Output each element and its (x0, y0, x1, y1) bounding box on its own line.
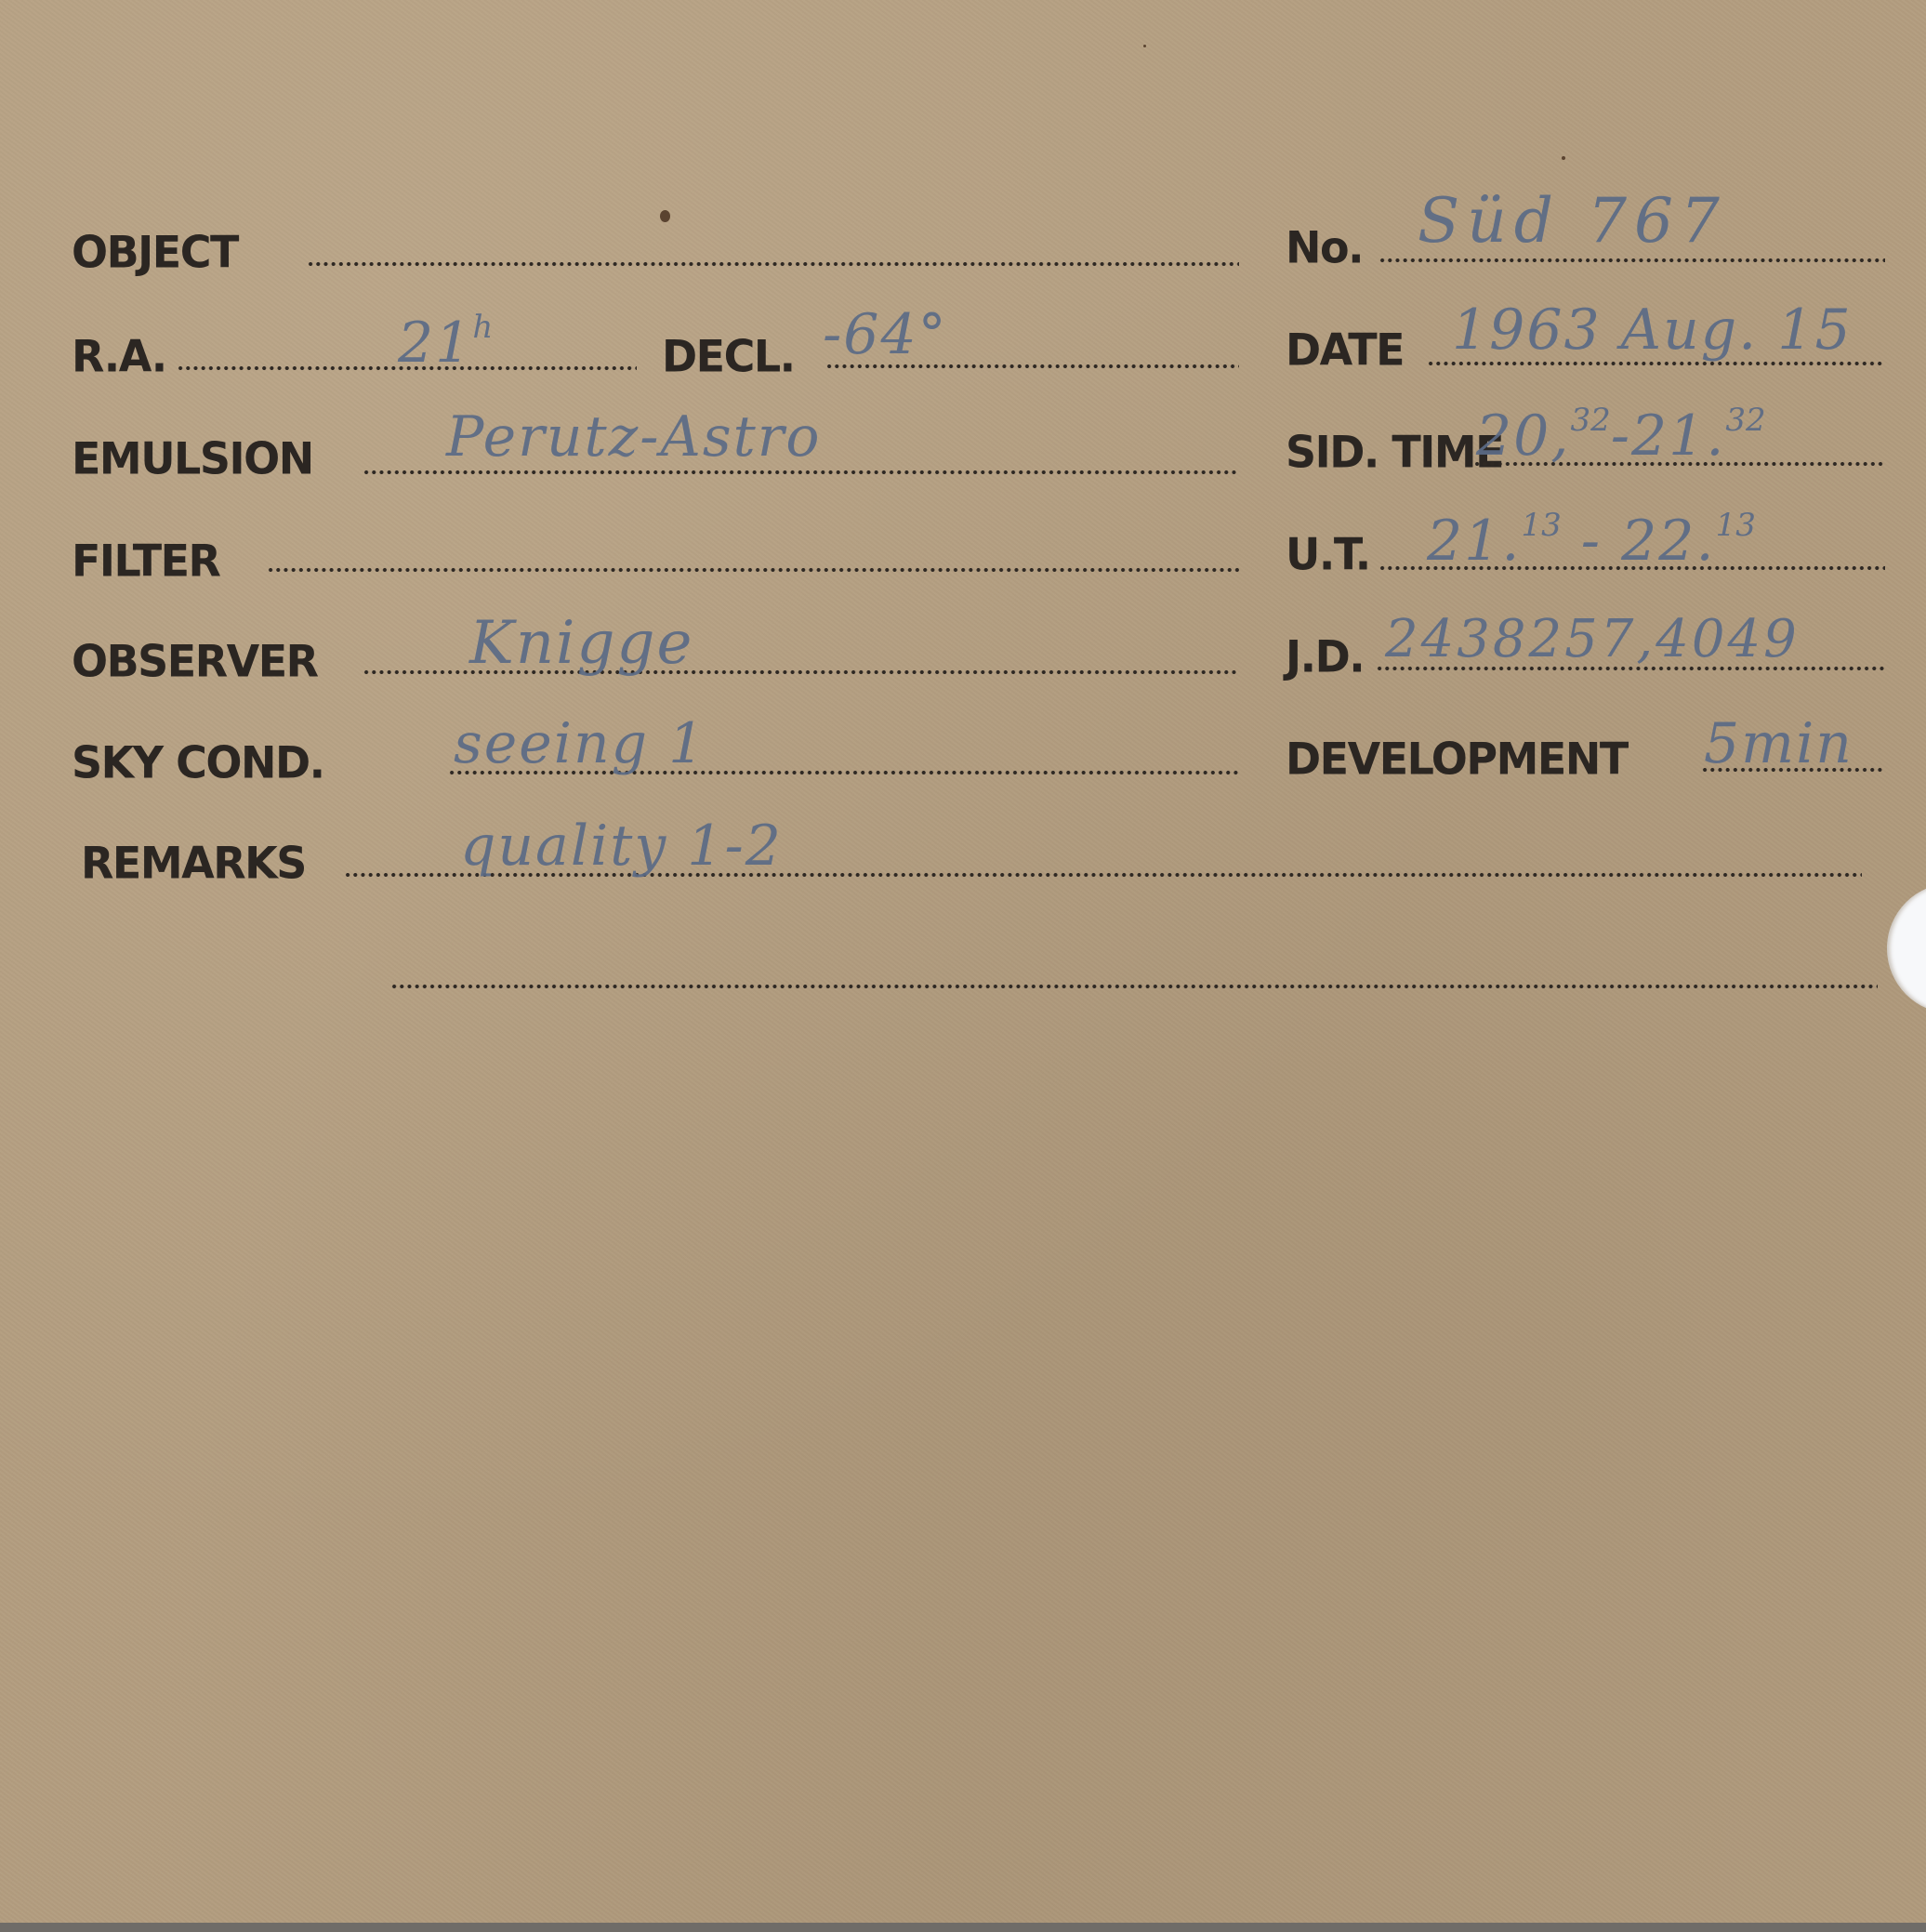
date-label: DATE (1286, 328, 1404, 372)
sky-cond-label: SKY COND. (72, 741, 324, 785)
decl-label: DECL. (662, 335, 795, 378)
bottom-edge (0, 1923, 1926, 1932)
object-field-line[interactable] (307, 261, 1239, 267)
ra-value: 21h (398, 311, 493, 371)
object-label: OBJECT (72, 231, 238, 274)
paper-speck (660, 210, 670, 222)
ut-start-minute: 13 (1521, 507, 1561, 544)
remarks-label: REMARKS (81, 841, 306, 885)
emulsion-field-line[interactable] (363, 470, 1239, 475)
emulsion-label: EMULSION (72, 437, 313, 481)
ut-label: U.T. (1286, 533, 1370, 576)
sid-time-label: SID. TIME (1286, 430, 1503, 474)
observer-value: Knigge (469, 614, 693, 673)
filter-field-line[interactable] (267, 567, 1239, 573)
observer-label: OBSERVER (72, 640, 318, 683)
sid-time-value: 20,32-21.32 (1476, 404, 1766, 464)
ra-unit: h (472, 309, 493, 346)
development-value: 5min (1704, 716, 1853, 772)
ut-end-hour: 22 (1621, 509, 1695, 574)
sid-start-minute: 32 (1570, 402, 1610, 439)
plate-envelope: OBJECT R.A. 21h DECL. -64° EMULSION Peru… (0, 0, 1926, 1925)
paper-speck (1562, 156, 1565, 160)
sky-cond-value: seeing 1 (454, 716, 706, 772)
ut-start-hour: 21 (1427, 509, 1501, 574)
ra-label: R.A. (72, 335, 166, 378)
sid-end-hour: 21 (1631, 404, 1706, 469)
paper-speck (1143, 45, 1146, 47)
sid-end-minute: 32 (1725, 402, 1765, 439)
sid-start-hour: 20 (1476, 404, 1550, 469)
decl-value: -64° (823, 307, 948, 363)
ra-hours: 21 (398, 311, 472, 376)
remarks-value: quality 1-2 (460, 818, 783, 874)
date-value: 1963 Aug. 15 (1452, 302, 1853, 358)
ut-end-minute: 13 (1716, 507, 1756, 544)
development-label: DEVELOPMENT (1286, 737, 1628, 781)
ut-value: 21.13 - 22.13 (1427, 509, 1756, 569)
jd-value: 2438257,4049 (1385, 614, 1800, 666)
no-label: No. (1286, 226, 1363, 270)
no-field-line[interactable] (1379, 258, 1885, 263)
no-value: Süd 767 (1418, 191, 1727, 252)
remarks-continuation-line[interactable] (390, 984, 1878, 989)
jd-label: J.D. (1286, 635, 1364, 679)
filter-label: FILTER (72, 539, 219, 583)
emulsion-value: Perutz-Astro (446, 409, 822, 465)
